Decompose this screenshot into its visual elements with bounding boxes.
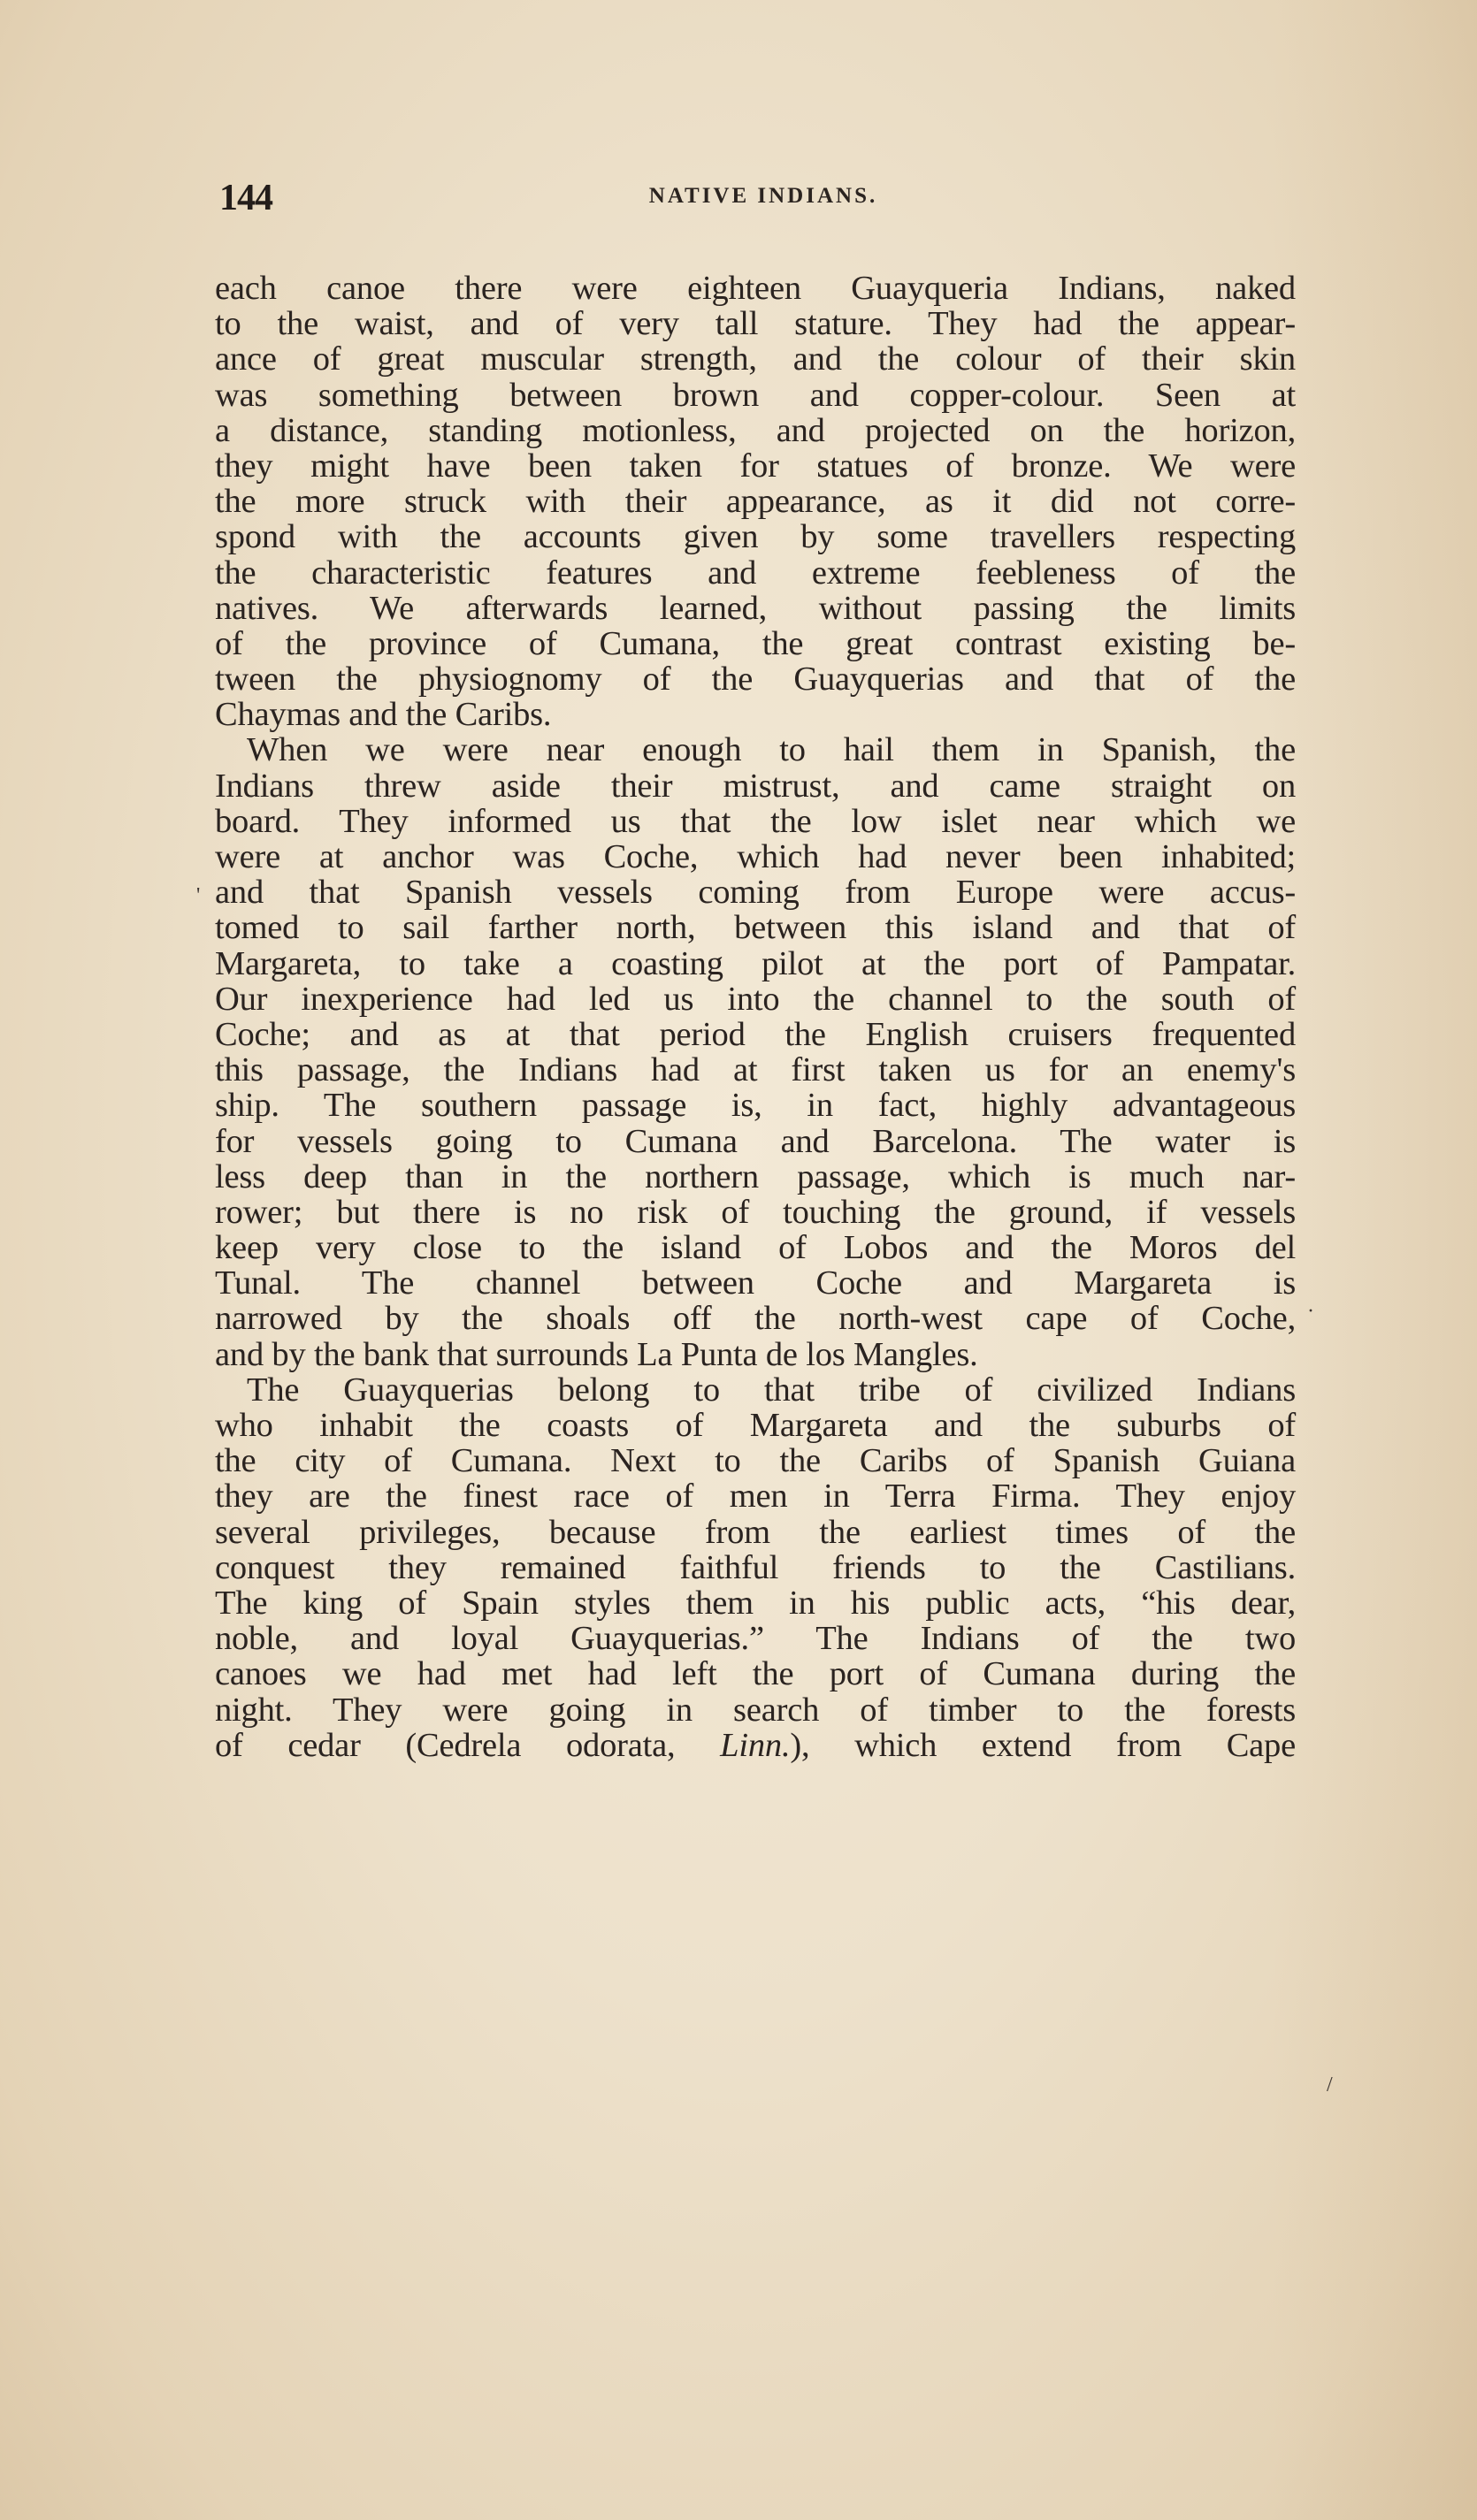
text-line: The Guayquerias belong to that tribe of …	[215, 1372, 1296, 1408]
text-line: tween the physiognomy of the Guayquerias…	[215, 661, 1296, 697]
text-line: the characteristic features and extreme …	[215, 555, 1296, 591]
text-line: Indians threw aside their mistrust, and …	[215, 768, 1296, 804]
text-line: rower; but there is no risk of touching …	[215, 1195, 1296, 1230]
text-line: tomed to sail farther north, between thi…	[215, 910, 1296, 945]
text-line: several privileges, because from the ear…	[215, 1515, 1296, 1550]
text-line: When we were near enough to hail them in…	[215, 732, 1296, 767]
margin-speck: '	[196, 884, 200, 908]
body-text: each canoe there were eighteen Guayqueri…	[215, 271, 1296, 1763]
text-line: Margareta, to take a coasting pilot at t…	[215, 946, 1296, 981]
text-line: Coche; and as at that period the English…	[215, 1017, 1296, 1052]
text-line: night. They were going in search of timb…	[215, 1692, 1296, 1728]
italic-abbreviation: Linn.	[720, 1727, 790, 1764]
text-line: and that Spanish vessels coming from Eur…	[215, 874, 1296, 910]
text-line: were at anchor was Coche, which had neve…	[215, 839, 1296, 874]
text-line-with-italic: of cedar (Cedrela odorata, Linn.), which…	[215, 1728, 1296, 1763]
text-line: they are the finest race of men in Terra…	[215, 1478, 1296, 1514]
text-line: this passage, the Indians had at first t…	[215, 1052, 1296, 1088]
text-line: and by the bank that surrounds La Punta …	[215, 1337, 1296, 1372]
text-line: who inhabit the coasts of Margareta and …	[215, 1408, 1296, 1443]
text-line: natives. We afterwards learned, without …	[215, 591, 1296, 626]
text-line: conquest they remained faithful friends …	[215, 1550, 1296, 1585]
running-head: 144 NATIVE INDIANS.	[219, 177, 1298, 221]
text-line: narrowed by the shoals off the north-wes…	[215, 1301, 1296, 1336]
text-line: spond with the accounts given by some tr…	[215, 519, 1296, 554]
text-line: ance of great muscular strength, and the…	[215, 341, 1296, 377]
text-line: for vessels going to Cumana and Barcelon…	[215, 1124, 1296, 1159]
paragraph-3: The Guayquerias belong to that tribe of …	[215, 1372, 1296, 1763]
text-line: Tunal. The channel between Coche and Mar…	[215, 1265, 1296, 1301]
text-line: of the province of Cumana, the great con…	[215, 626, 1296, 661]
book-page: 144 NATIVE INDIANS. each canoe there wer…	[0, 0, 1477, 2520]
running-title: NATIVE INDIANS.	[219, 184, 1298, 209]
text-line: less deep than in the northern passage, …	[215, 1159, 1296, 1195]
text-line: each canoe there were eighteen Guayqueri…	[215, 271, 1296, 306]
text-line: Our inexperience had led us into the cha…	[215, 981, 1296, 1017]
text-line: the city of Cumana. Next to the Caribs o…	[215, 1443, 1296, 1478]
text-line: canoes we had met had left the port of C…	[215, 1656, 1296, 1691]
text-segment: of cedar (Cedrela odorata,	[215, 1727, 720, 1764]
text-line: The king of Spain styles them in his pub…	[215, 1585, 1296, 1621]
text-line: noble, and loyal Guayquerias.” The India…	[215, 1621, 1296, 1656]
text-line: Chaymas and the Caribs.	[215, 697, 1296, 732]
text-line: they might have been taken for statues o…	[215, 448, 1296, 484]
text-line: ship. The southern passage is, in fact, …	[215, 1088, 1296, 1123]
margin-speck: ·	[1307, 1300, 1314, 1324]
text-segment: ), which extend from Cape	[790, 1727, 1296, 1764]
paragraph-2: When we were near enough to hail them in…	[215, 732, 1296, 1371]
text-line: the more struck with their appearance, a…	[215, 484, 1296, 519]
text-line: board. They informed us that the low isl…	[215, 804, 1296, 839]
text-line: keep very close to the island of Lobos a…	[215, 1230, 1296, 1265]
text-line: a distance, standing motionless, and pro…	[215, 413, 1296, 448]
text-line: was something between brown and copper-c…	[215, 378, 1296, 413]
text-line: to the waist, and of very tall stature. …	[215, 306, 1296, 341]
paragraph-1: each canoe there were eighteen Guayqueri…	[215, 271, 1296, 732]
margin-speck: /	[1327, 2073, 1333, 2097]
